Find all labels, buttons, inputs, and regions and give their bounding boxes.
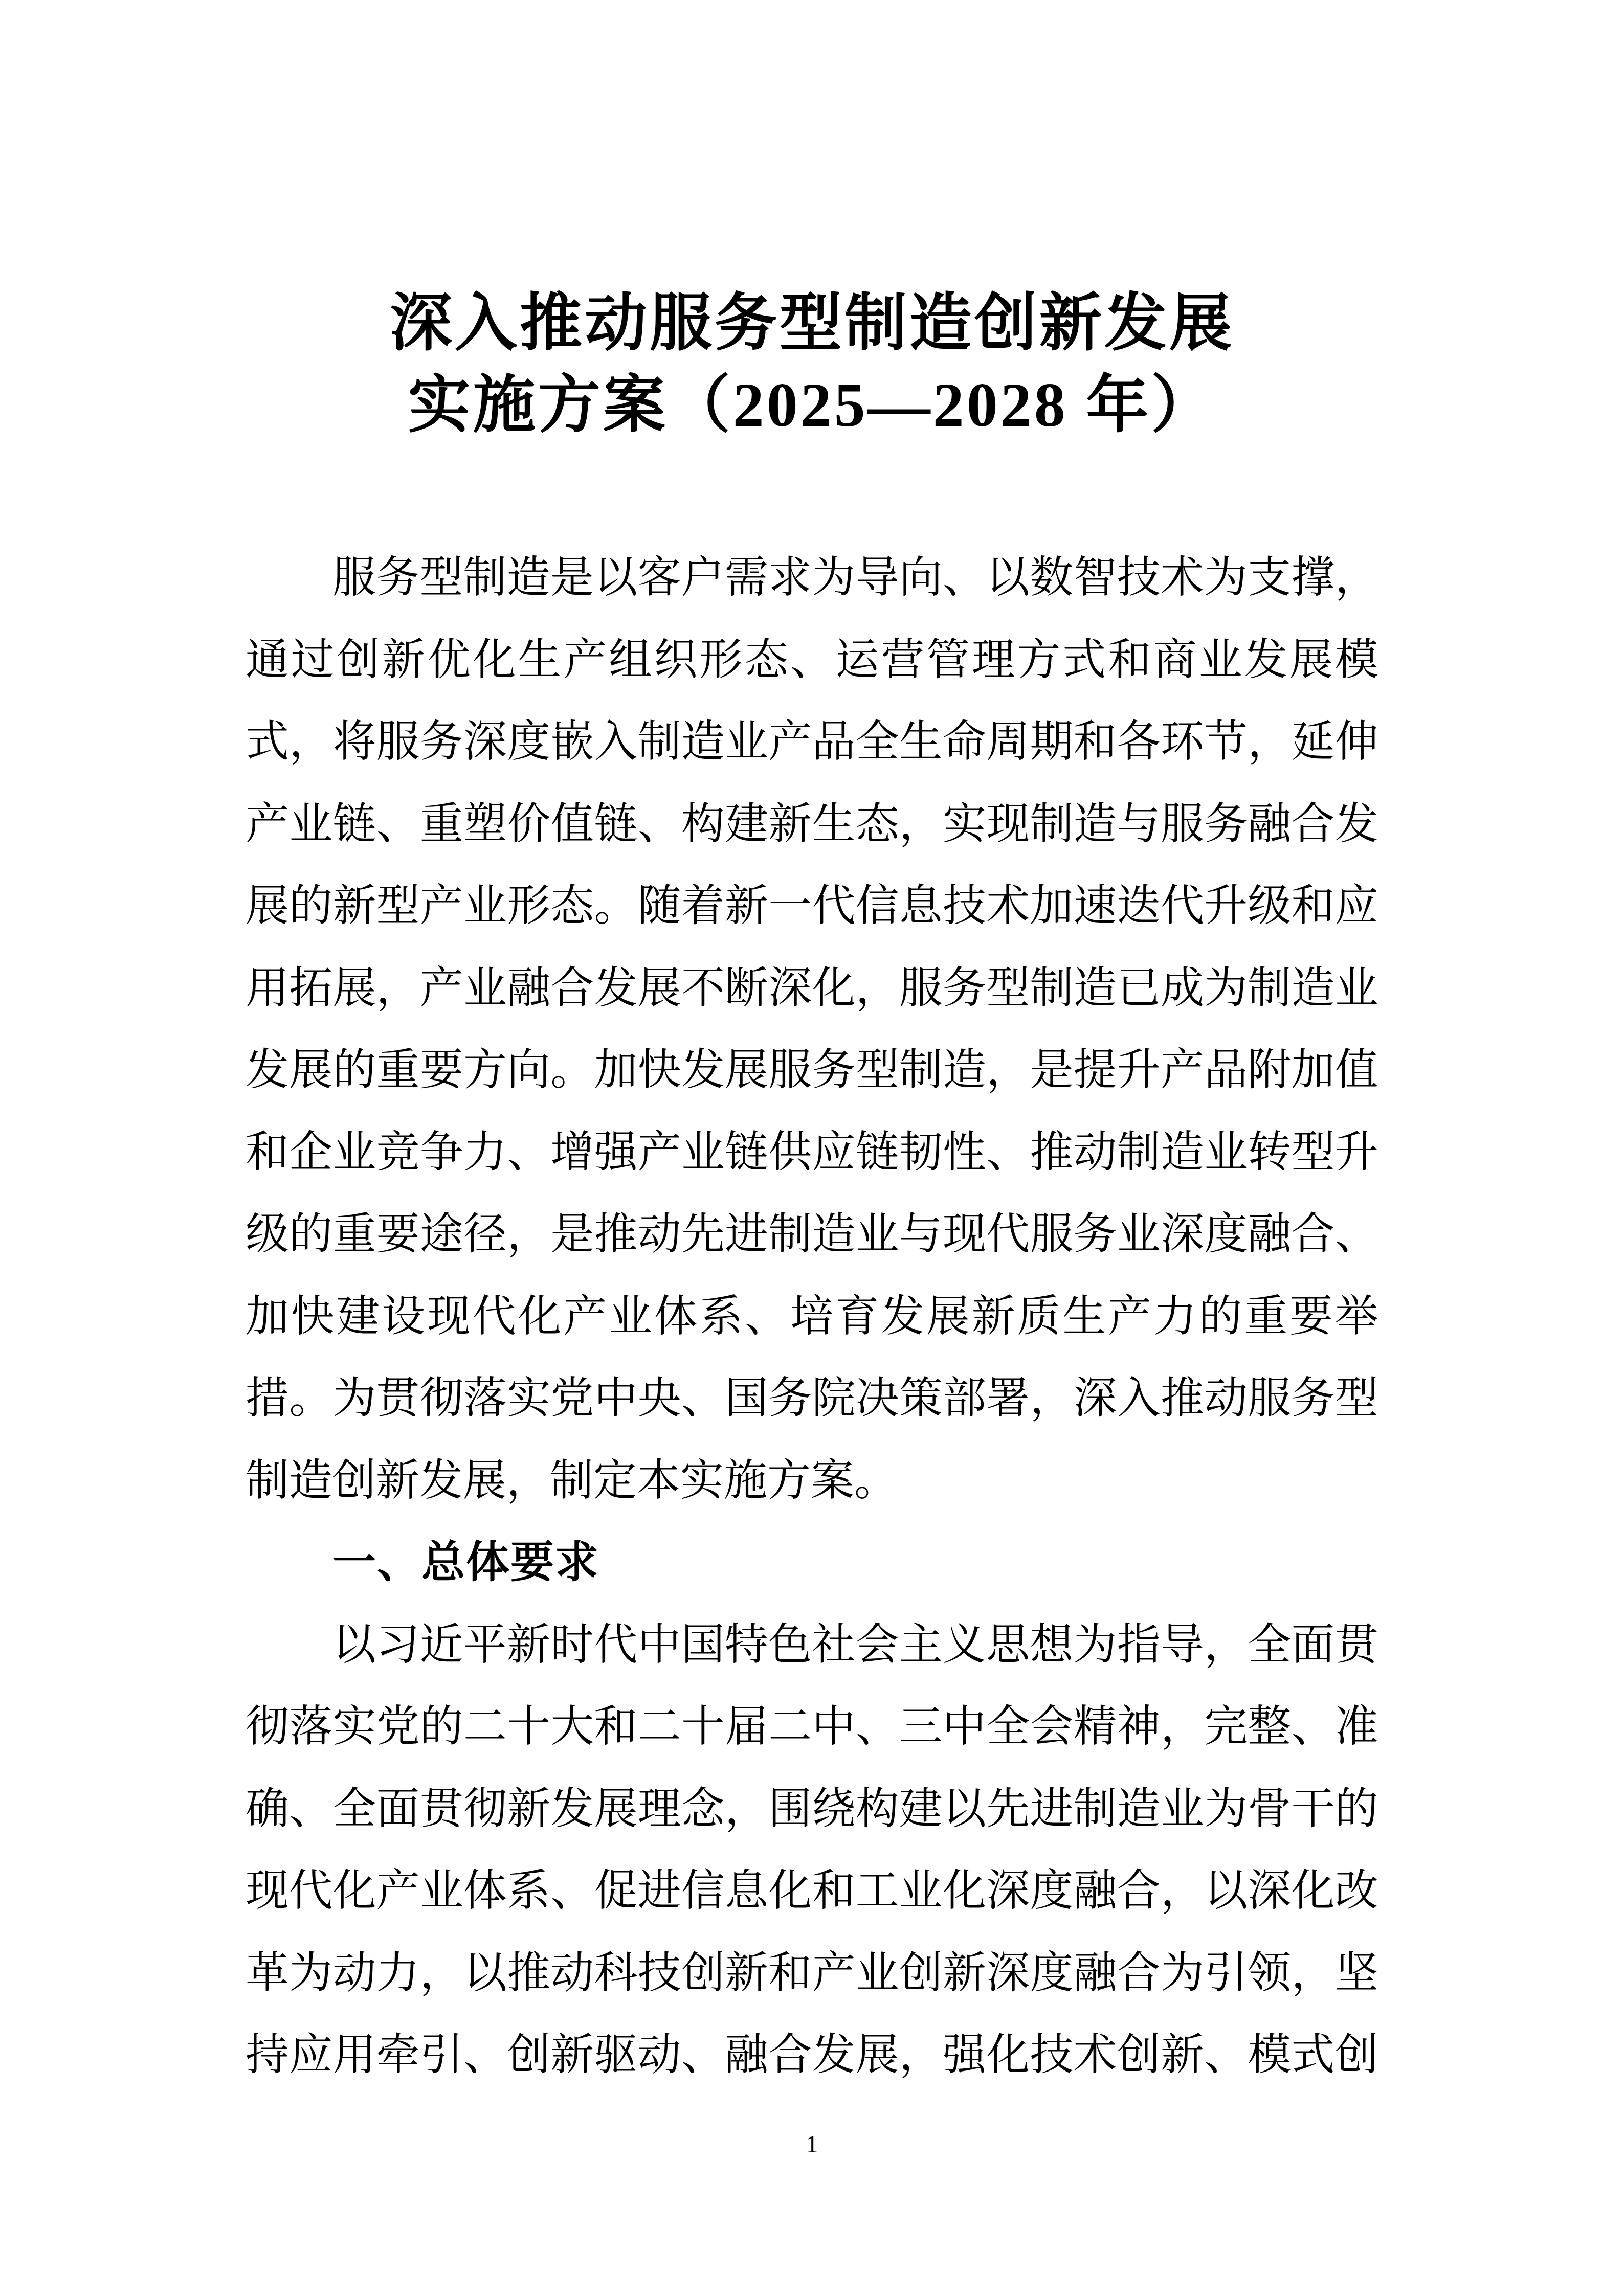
body-text-line: 持应用牵引、创新驱动、融合发展，强化技术创新、模式创 [246, 2010, 1378, 2092]
body-text-line: 制造创新发展，制定本实施方案。 [246, 1436, 1378, 1518]
document-body: 服务型制造是以客户需求为导向、以数智技术为支撑，通过创新优化生产组织形态、运营管… [246, 533, 1378, 2092]
body-text-line: 彻落实党的二十大和二十届二中、三中全会精神，完整、准 [246, 1682, 1378, 1764]
body-text-line: 级的重要途径，是推动先进制造业与现代服务业深度融合、 [246, 1189, 1378, 1272]
body-text-line: 措。为贯彻落实党中央、国务院决策部署，深入推动服务型 [246, 1354, 1378, 1436]
body-text-line: 产业链、重塑价值链、构建新生态，实现制造与服务融合发 [246, 779, 1378, 862]
body-text-line: 用拓展，产业融合发展不断深化，服务型制造已成为制造业 [246, 943, 1378, 1026]
body-text-line: 发展的重要方向。加快发展服务型制造，是提升产品附加值 [246, 1025, 1378, 1108]
body-text-line: 确、全面贯彻新发展理念，围绕构建以先进制造业为骨干的 [246, 1764, 1378, 1847]
body-text-line: 革为动力，以推动科技创新和产业创新深度融合为引领，坚 [246, 1928, 1378, 2011]
body-text-line: 通过创新优化生产组织形态、运营管理方式和商业发展模 [246, 615, 1378, 697]
body-text-line: 服务型制造是以客户需求为导向、以数智技术为支撑， [246, 533, 1378, 615]
body-text-line: 和企业竞争力、增强产业链供应链韧性、推动制造业转型升 [246, 1108, 1378, 1190]
body-text-line: 加快建设现代化产业体系、培育发展新质生产力的重要举 [246, 1272, 1378, 1354]
document-title: 深入推动服务型制造创新发展 实施方案（2025—2028 年） [0, 283, 1624, 446]
page-number: 1 [0, 2131, 1624, 2158]
document-page: 深入推动服务型制造创新发展 实施方案（2025—2028 年） 服务型制造是以客… [0, 0, 1624, 2296]
body-text-line: 式，将服务深度嵌入制造业产品全生命周期和各环节，延伸 [246, 697, 1378, 779]
document-title-line-1: 深入推动服务型制造创新发展 [0, 283, 1624, 365]
body-text-line: 展的新型产业形态。随着新一代信息技术加速迭代升级和应 [246, 861, 1378, 943]
body-text-line: 现代化产业体系、促进信息化和工业化深度融合，以深化改 [246, 1846, 1378, 1928]
body-text-line: 以习近平新时代中国特色社会主义思想为指导，全面贯 [246, 1600, 1378, 1682]
section-heading-line: 一、总体要求 [246, 1518, 1378, 1600]
document-title-line-2: 实施方案（2025—2028 年） [0, 365, 1624, 446]
